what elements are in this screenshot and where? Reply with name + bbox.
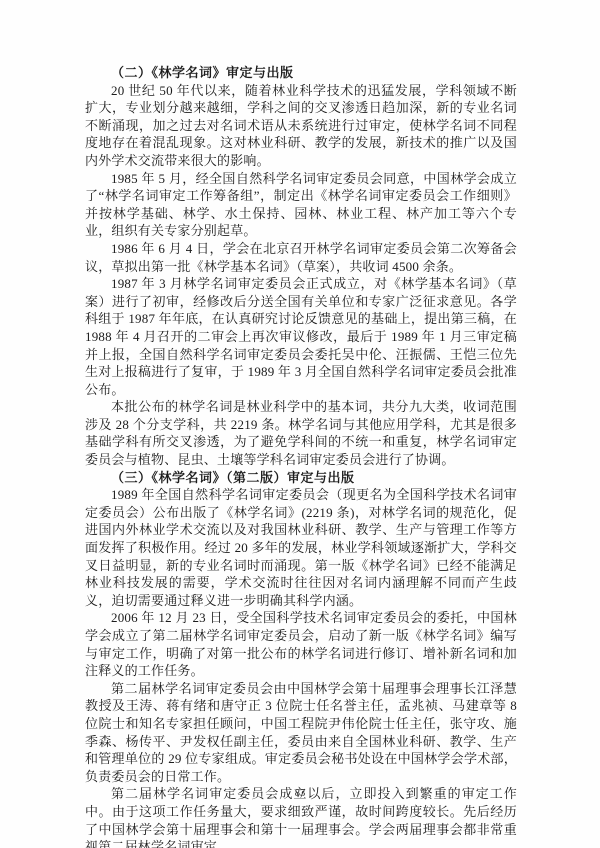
paragraph: 1989 年全国自然科学名词审定委员会（现更名为全国科学技术名词审定委员会）公布…: [85, 486, 517, 609]
document-page: （二）《林学名词》审定与出版 20 世纪 50 年代以来，随着林业科学技术的迅猛…: [0, 0, 600, 848]
page-content: （二）《林学名词》审定与出版 20 世纪 50 年代以来，随着林业科学技术的迅猛…: [85, 64, 517, 848]
paragraph: 1987 年 3 月林学名词审定委员会正式成立，对《林学基本名词》（草案）进行了…: [85, 275, 517, 398]
paragraph: 本批公布的林学名词是林业科学中的基本词，共分九大类，收词范围涉及 28 个分支学…: [85, 398, 517, 468]
paragraph: 1985 年 5 月，经全国自然科学名词审定委员会同意，中国林学会成立了“林学名…: [85, 170, 517, 240]
page-number: 83: [0, 788, 600, 799]
paragraph: 1986 年 6 月 4 日，学会在北京召开林学名词审定委员会第二次筹备会议，草…: [85, 240, 517, 275]
paragraph: 20 世纪 50 年代以来，随着林业科学技术的迅猛发展，学科领域不断扩大，专业划…: [85, 82, 517, 170]
paragraph: 2006 年 12 月 23 日，受全国科学技术名词审定委员会的委托，中国林学会…: [85, 609, 517, 679]
paragraph: 第二届林学名词审定委员会由中国林学会第十届理事会理事长江泽慧教授及王涛、蒋有绪和…: [85, 680, 517, 786]
section-heading: （三）《林学名词》（第二版）审定与出版: [85, 469, 517, 487]
section-heading: （二）《林学名词》审定与出版: [85, 64, 517, 82]
